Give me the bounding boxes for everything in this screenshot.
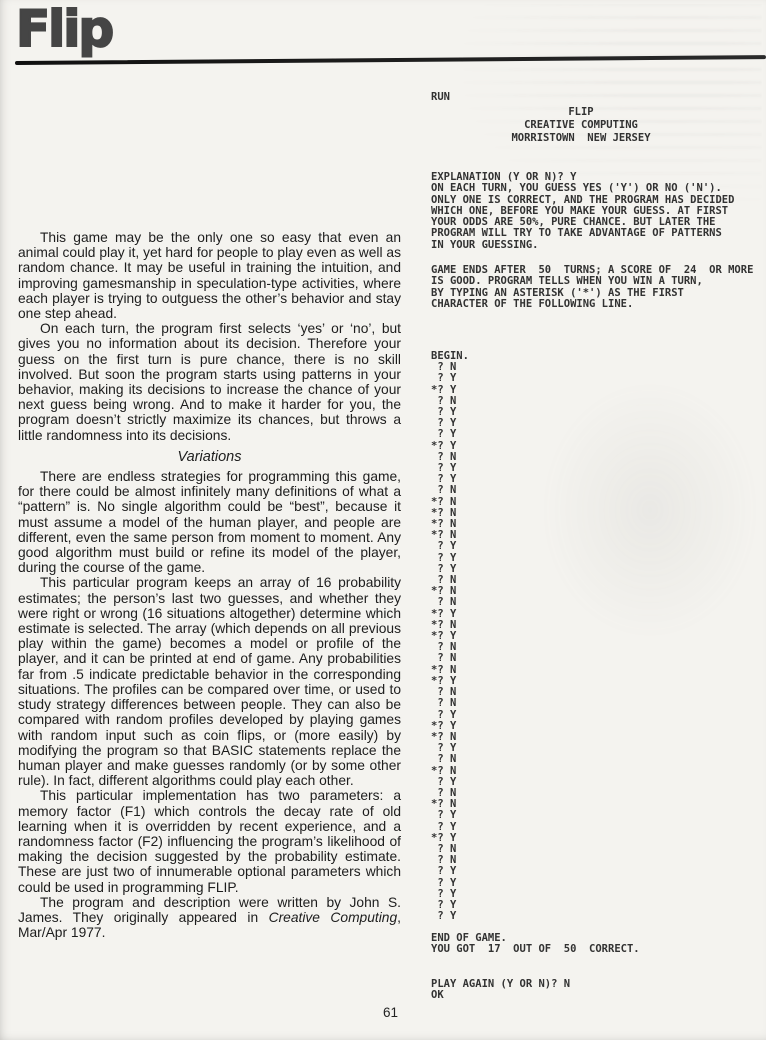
terminal-rules-line: CHARACTER OF THE FOLLOWING LINE. — [431, 299, 753, 310]
terminal-banner-line: MORRISTOWN NEW JERSEY — [431, 132, 731, 145]
terminal-run-command: RUN — [431, 92, 450, 103]
terminal-guess-line: ? Y — [431, 429, 469, 440]
terminal-guess-line: ? Y — [431, 541, 469, 552]
scanned-book-page: Flip This game may be the only one so ea… — [0, 0, 766, 1040]
terminal-guess-line: ? N — [431, 653, 469, 664]
terminal-banner: FLIPCREATIVE COMPUTINGMORRISTOWN NEW JER… — [431, 106, 731, 145]
title-divider-rule — [15, 55, 766, 65]
page-title: Flip — [16, 2, 112, 56]
terminal-explanation-line: IN YOUR GUESSING. — [431, 240, 734, 251]
variations-paragraph: This particular implementation has two p… — [18, 788, 401, 894]
terminal-end-of-game: END OF GAME.YOU GOT 17 OUT OF 50 CORRECT… — [431, 933, 640, 956]
terminal-closing-line: PLAY AGAIN (Y OR N)? N — [431, 979, 570, 990]
terminal-game-transcript: BEGIN. ? N ? Y*? Y ? N ? Y ? Y ? Y*? Y ?… — [431, 351, 469, 922]
terminal-explanation-line: ON EACH TURN, YOU GUESS YES ('Y') OR NO … — [431, 183, 734, 194]
terminal-game-rules: GAME ENDS AFTER 50 TURNS; A SCORE OF 24 … — [431, 265, 753, 310]
terminal-guess-line: ? Y — [431, 373, 469, 384]
terminal-closing-line: OK — [431, 990, 570, 1001]
terminal-explanation: EXPLANATION (Y OR N)? YON EACH TURN, YOU… — [431, 172, 734, 251]
variations-paragraph: There are endless strategies for program… — [18, 469, 401, 575]
terminal-guess-line: ? Y — [431, 911, 469, 922]
bleed-through-noise — [540, 380, 760, 640]
page-number: 61 — [368, 1005, 413, 1020]
terminal-closing: PLAY AGAIN (Y OR N)? NOK — [431, 979, 570, 1002]
terminal-banner-line: FLIP — [431, 106, 731, 119]
credit-magazine-name: Creative Computing — [269, 910, 398, 925]
variations-paragraph: This particular program keeps an array o… — [18, 575, 401, 788]
terminal-rules-line: IS GOOD. PROGRAM TELLS WHEN YOU WIN A TU… — [431, 276, 753, 287]
terminal-guess-line: ? N — [431, 698, 469, 709]
terminal-guess-line: ? N — [431, 754, 469, 765]
terminal-guess-list: ? N ? Y*? Y ? N ? Y ? Y ? Y*? Y ? N ? Y … — [431, 362, 469, 922]
terminal-banner-line: CREATIVE COMPUTING — [431, 119, 731, 132]
variations-heading: Variations — [18, 450, 401, 465]
terminal-end-line: YOU GOT 17 OUT OF 50 CORRECT. — [431, 944, 640, 955]
terminal-guess-line: ? Y — [431, 866, 469, 877]
article-text-column: This game may be the only one so easy th… — [18, 230, 401, 940]
intro-paragraph: On each turn, the program first selects … — [18, 321, 401, 443]
intro-paragraph: This game may be the only one so easy th… — [18, 230, 401, 321]
terminal-guess-line: ? N — [431, 597, 469, 608]
terminal-guess-line: ? N — [431, 485, 469, 496]
credit-paragraph: The program and description were written… — [18, 895, 401, 941]
terminal-guess-line: ? Y — [431, 810, 469, 821]
